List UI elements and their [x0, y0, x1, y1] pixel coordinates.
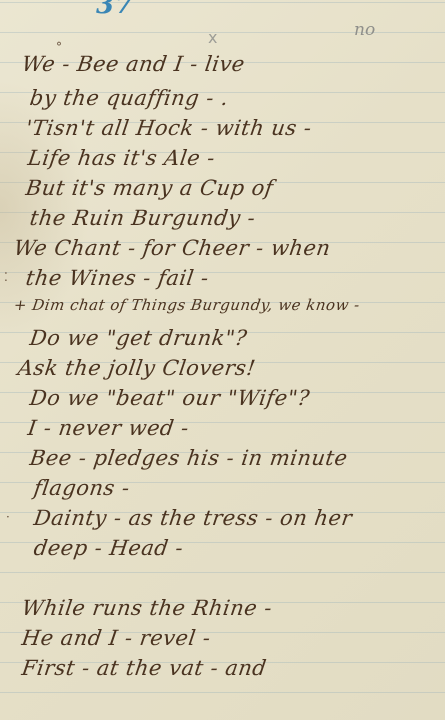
manuscript-line: deep - Head -: [32, 536, 185, 560]
manuscript-page: 37 x no We - Bee and I - liveby the quaf…: [0, 0, 445, 720]
manuscript-line: We - Bee and I - live: [20, 52, 246, 76]
manuscript-line: First - at the vat - and: [20, 656, 268, 680]
manuscript-line: I - never wed -: [26, 416, 190, 440]
manuscript-line: flagons -: [32, 476, 131, 500]
manuscript-line: While runs the Rhine -: [20, 596, 273, 620]
manuscript-line: 'Tisn't all Hock - with us -: [24, 116, 313, 140]
margin-mark: ·: [6, 510, 10, 524]
manuscript-line: We Chant - for Cheer - when: [12, 236, 332, 260]
manuscript-line: Bee - pledges his - in minute: [28, 446, 349, 470]
folio-number: 37: [96, 0, 134, 20]
margin-mark: ⁚: [4, 270, 8, 284]
margin-mark: °: [56, 40, 62, 54]
pencil-annotation: no: [354, 20, 375, 40]
manuscript-line: by the quaffing - .: [28, 86, 230, 110]
manuscript-line: Life has it's Ale -: [26, 146, 216, 170]
manuscript-line: Do we "beat" our "Wife"?: [28, 386, 311, 410]
manuscript-line: But it's many a Cup of: [24, 176, 275, 200]
manuscript-line: the Wines - fail -: [24, 266, 210, 290]
manuscript-line: the Ruin Burgundy -: [28, 206, 257, 230]
manuscript-line: + Dim chat of Things Burgundy, we know -: [13, 296, 361, 314]
manuscript-line: Ask the jolly Clovers!: [16, 356, 257, 380]
pencil-x-mark: x: [208, 28, 217, 47]
manuscript-line: He and I - revel -: [20, 626, 212, 650]
manuscript-line: Dainty - as the tress - on her: [32, 506, 354, 530]
manuscript-line: Do we "get drunk"?: [28, 326, 248, 350]
